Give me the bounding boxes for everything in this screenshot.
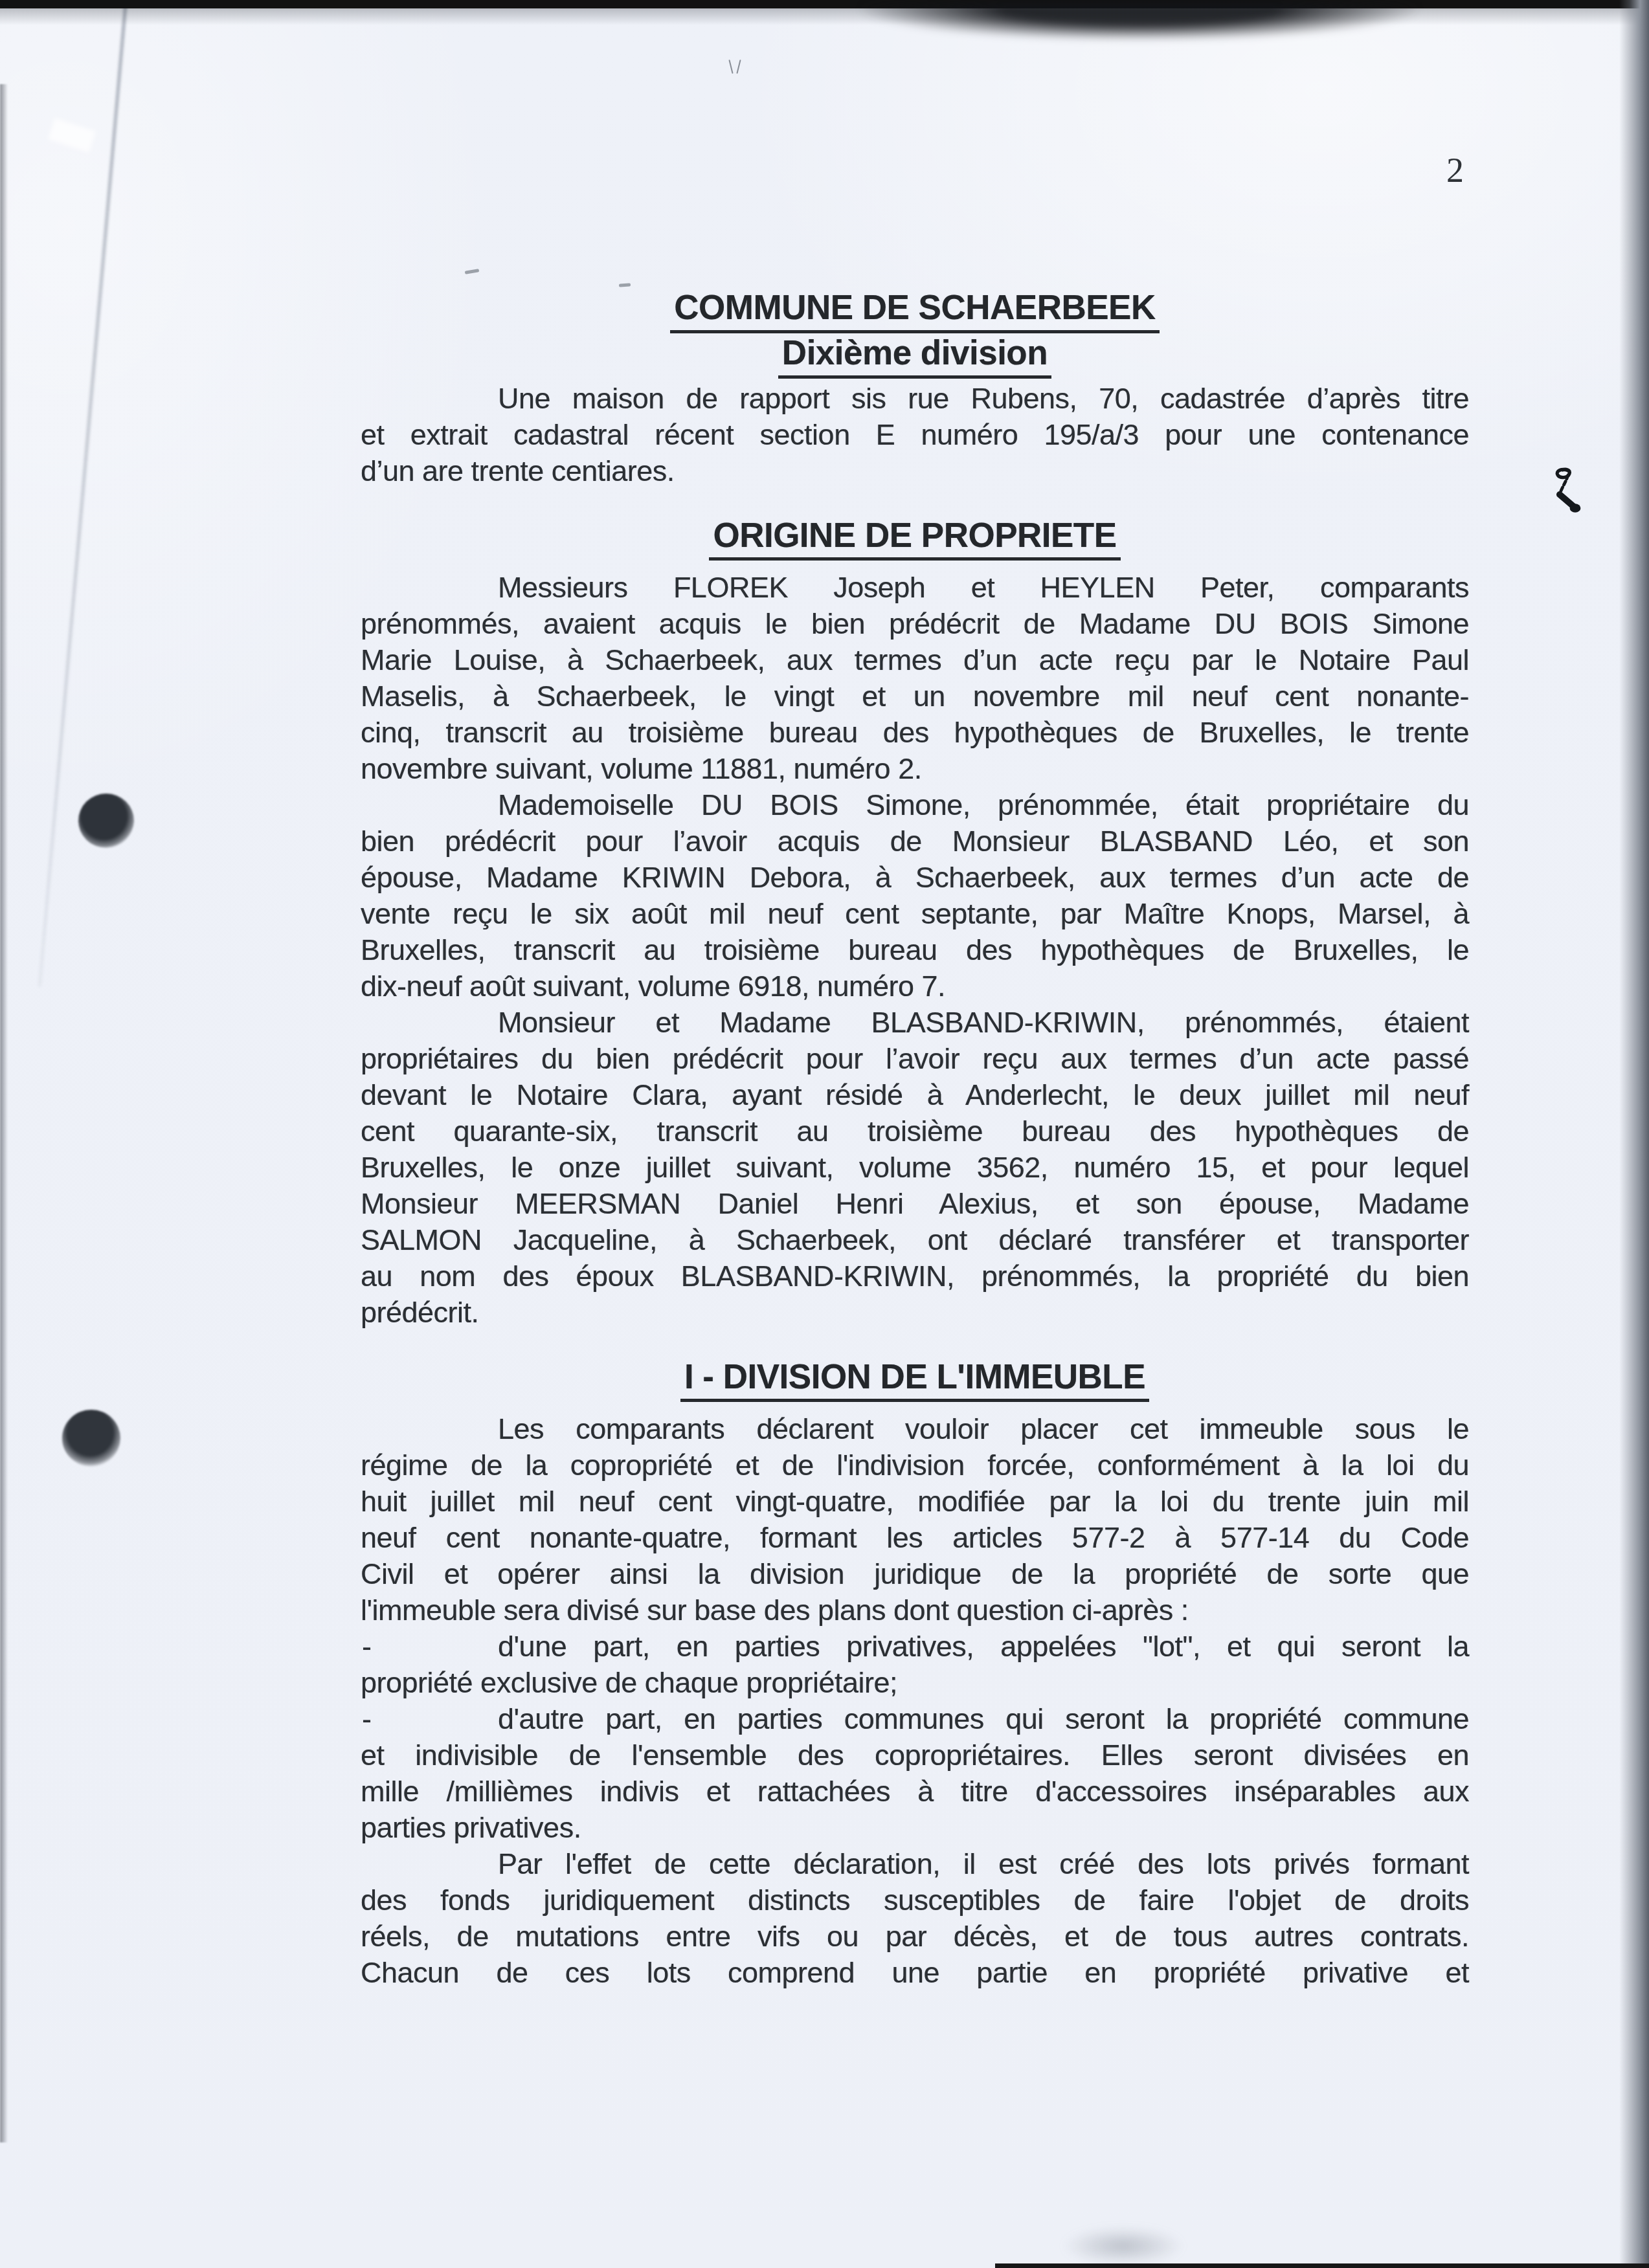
hole-punch-bottom <box>62 1410 120 1467</box>
text-line: Bruxelles, transcrit au troisième bureau… <box>361 932 1469 968</box>
text-line: des fonds juridiquement distincts suscep… <box>361 1882 1469 1918</box>
scan-bottom-smudge <box>1062 2227 1185 2265</box>
scan-left-edge <box>0 84 8 2142</box>
bullet-line: parties privatives. <box>361 1810 1469 1846</box>
heading-underline-text: I - DIVISION DE L'IMMEUBLE <box>680 1359 1149 1402</box>
bullet-text: d'une part, en parties privatives, appel… <box>498 1630 1469 1663</box>
text-line: régime de la copropriété et de l'indivis… <box>361 1447 1469 1484</box>
text-line: cinq, transcrit au troisième bureau des … <box>361 715 1469 751</box>
bullet-text: d'autre part, en parties communes qui se… <box>498 1702 1469 1735</box>
text-line: épouse, Madame KRIWIN Debora, à Schaerbe… <box>361 860 1469 896</box>
heading-underline-text: ORIGINE DE PROPRIETE <box>709 518 1120 561</box>
text-line: cent quarante-six, transcrit au troisièm… <box>361 1113 1469 1150</box>
bullet-line: et indivisible de l'ensemble des copropr… <box>361 1737 1469 1773</box>
section-heading: ORIGINE DE PROPRIETE <box>361 518 1469 559</box>
text-line: réels, de mutations entre vifs ou par dé… <box>361 1918 1469 1955</box>
text-line: vente reçu le six août mil neuf cent sep… <box>361 896 1469 932</box>
text-line: et extrait cadastral récent section E nu… <box>361 417 1469 453</box>
text-line: Une maison de rapport sis rue Rubens, 70… <box>361 381 1469 417</box>
heading-underline-text: Dixième division <box>778 335 1051 379</box>
text-line: Par l'effet de cette déclaration, il est… <box>361 1846 1469 1882</box>
text-line: Chacun de ces lots comprend une partie e… <box>361 1955 1469 1991</box>
text-line: Les comparants déclarent vouloir placer … <box>361 1411 1469 1447</box>
document-title: COMMUNE DE SCHAERBEEK <box>361 290 1469 335</box>
text-line: Monsieur MEERSMAN Daniel Henri Alexius, … <box>361 1186 1469 1222</box>
bullet-line: mille /millièmes indivis et rattachées à… <box>361 1773 1469 1810</box>
text-line: prédécrit. <box>361 1295 1469 1331</box>
text-line: Mademoiselle DU BOIS Simone, prénommée, … <box>361 787 1469 823</box>
text-line: Messieurs FLOREK Joseph et HEYLEN Peter,… <box>361 570 1469 606</box>
text-line: d’un are trente centiares. <box>361 453 1469 489</box>
bullet-line: -d'autre part, en parties communes qui s… <box>361 1701 1469 1737</box>
scan-bottom-edge <box>995 2263 1649 2268</box>
text-line: SALMON Jacqueline, à Schaerbeek, ont déc… <box>361 1222 1469 1258</box>
text-line: prénommés, avaient acquis le bien prédéc… <box>361 606 1469 642</box>
text-line: Bruxelles, le onze juillet suivant, volu… <box>361 1150 1469 1186</box>
scan-top-edge-bulge <box>861 3 1418 40</box>
text-line: au nom des époux BLASBAND-KRIWIN, prénom… <box>361 1258 1469 1295</box>
text-line: bien prédécrit pour l’avoir acquis de Mo… <box>361 823 1469 860</box>
heading-underline-text: COMMUNE DE SCHAERBEEK <box>670 290 1159 333</box>
scan-right-edge <box>1619 0 1649 2268</box>
text-line: devant le Notaire Clara, ayant résidé à … <box>361 1077 1469 1113</box>
text-line: propriétaires du bien prédécrit pour l’a… <box>361 1041 1469 1077</box>
text-line: l'immeuble sera divisé sur base des plan… <box>361 1592 1469 1629</box>
section-heading: I - DIVISION DE L'IMMEUBLE <box>361 1359 1469 1401</box>
bullet-dash: - <box>362 1701 372 1737</box>
bullet-line: -d'une part, en parties privatives, appe… <box>361 1629 1469 1665</box>
hole-punch-top <box>78 794 134 848</box>
text-column: COMMUNE DE SCHAERBEEKDixième divisionUne… <box>361 0 1469 1991</box>
text-line: huit juillet mil neuf cent vingt-quatre,… <box>361 1484 1469 1520</box>
text-line: dix-neuf août suivant, volume 6918, numé… <box>361 968 1469 1005</box>
text-line: novembre suivant, volume 11881, numéro 2… <box>361 751 1469 787</box>
text-line: Civil et opérer ainsi la division juridi… <box>361 1556 1469 1592</box>
paraph-initials-mark <box>1551 466 1594 518</box>
document-title: Dixième division <box>361 335 1469 381</box>
bullet-line: propriété exclusive de chaque propriétai… <box>361 1665 1469 1701</box>
text-line: neuf cent nonante-quatre, formant les ar… <box>361 1520 1469 1556</box>
bullet-dash: - <box>362 1629 372 1665</box>
text-line: Maselis, à Schaerbeek, le vingt et un no… <box>361 678 1469 715</box>
text-line: Marie Louise, à Schaerbeek, aux termes d… <box>361 642 1469 678</box>
text-line: Monsieur et Madame BLASBAND-KRIWIN, prén… <box>361 1005 1469 1041</box>
